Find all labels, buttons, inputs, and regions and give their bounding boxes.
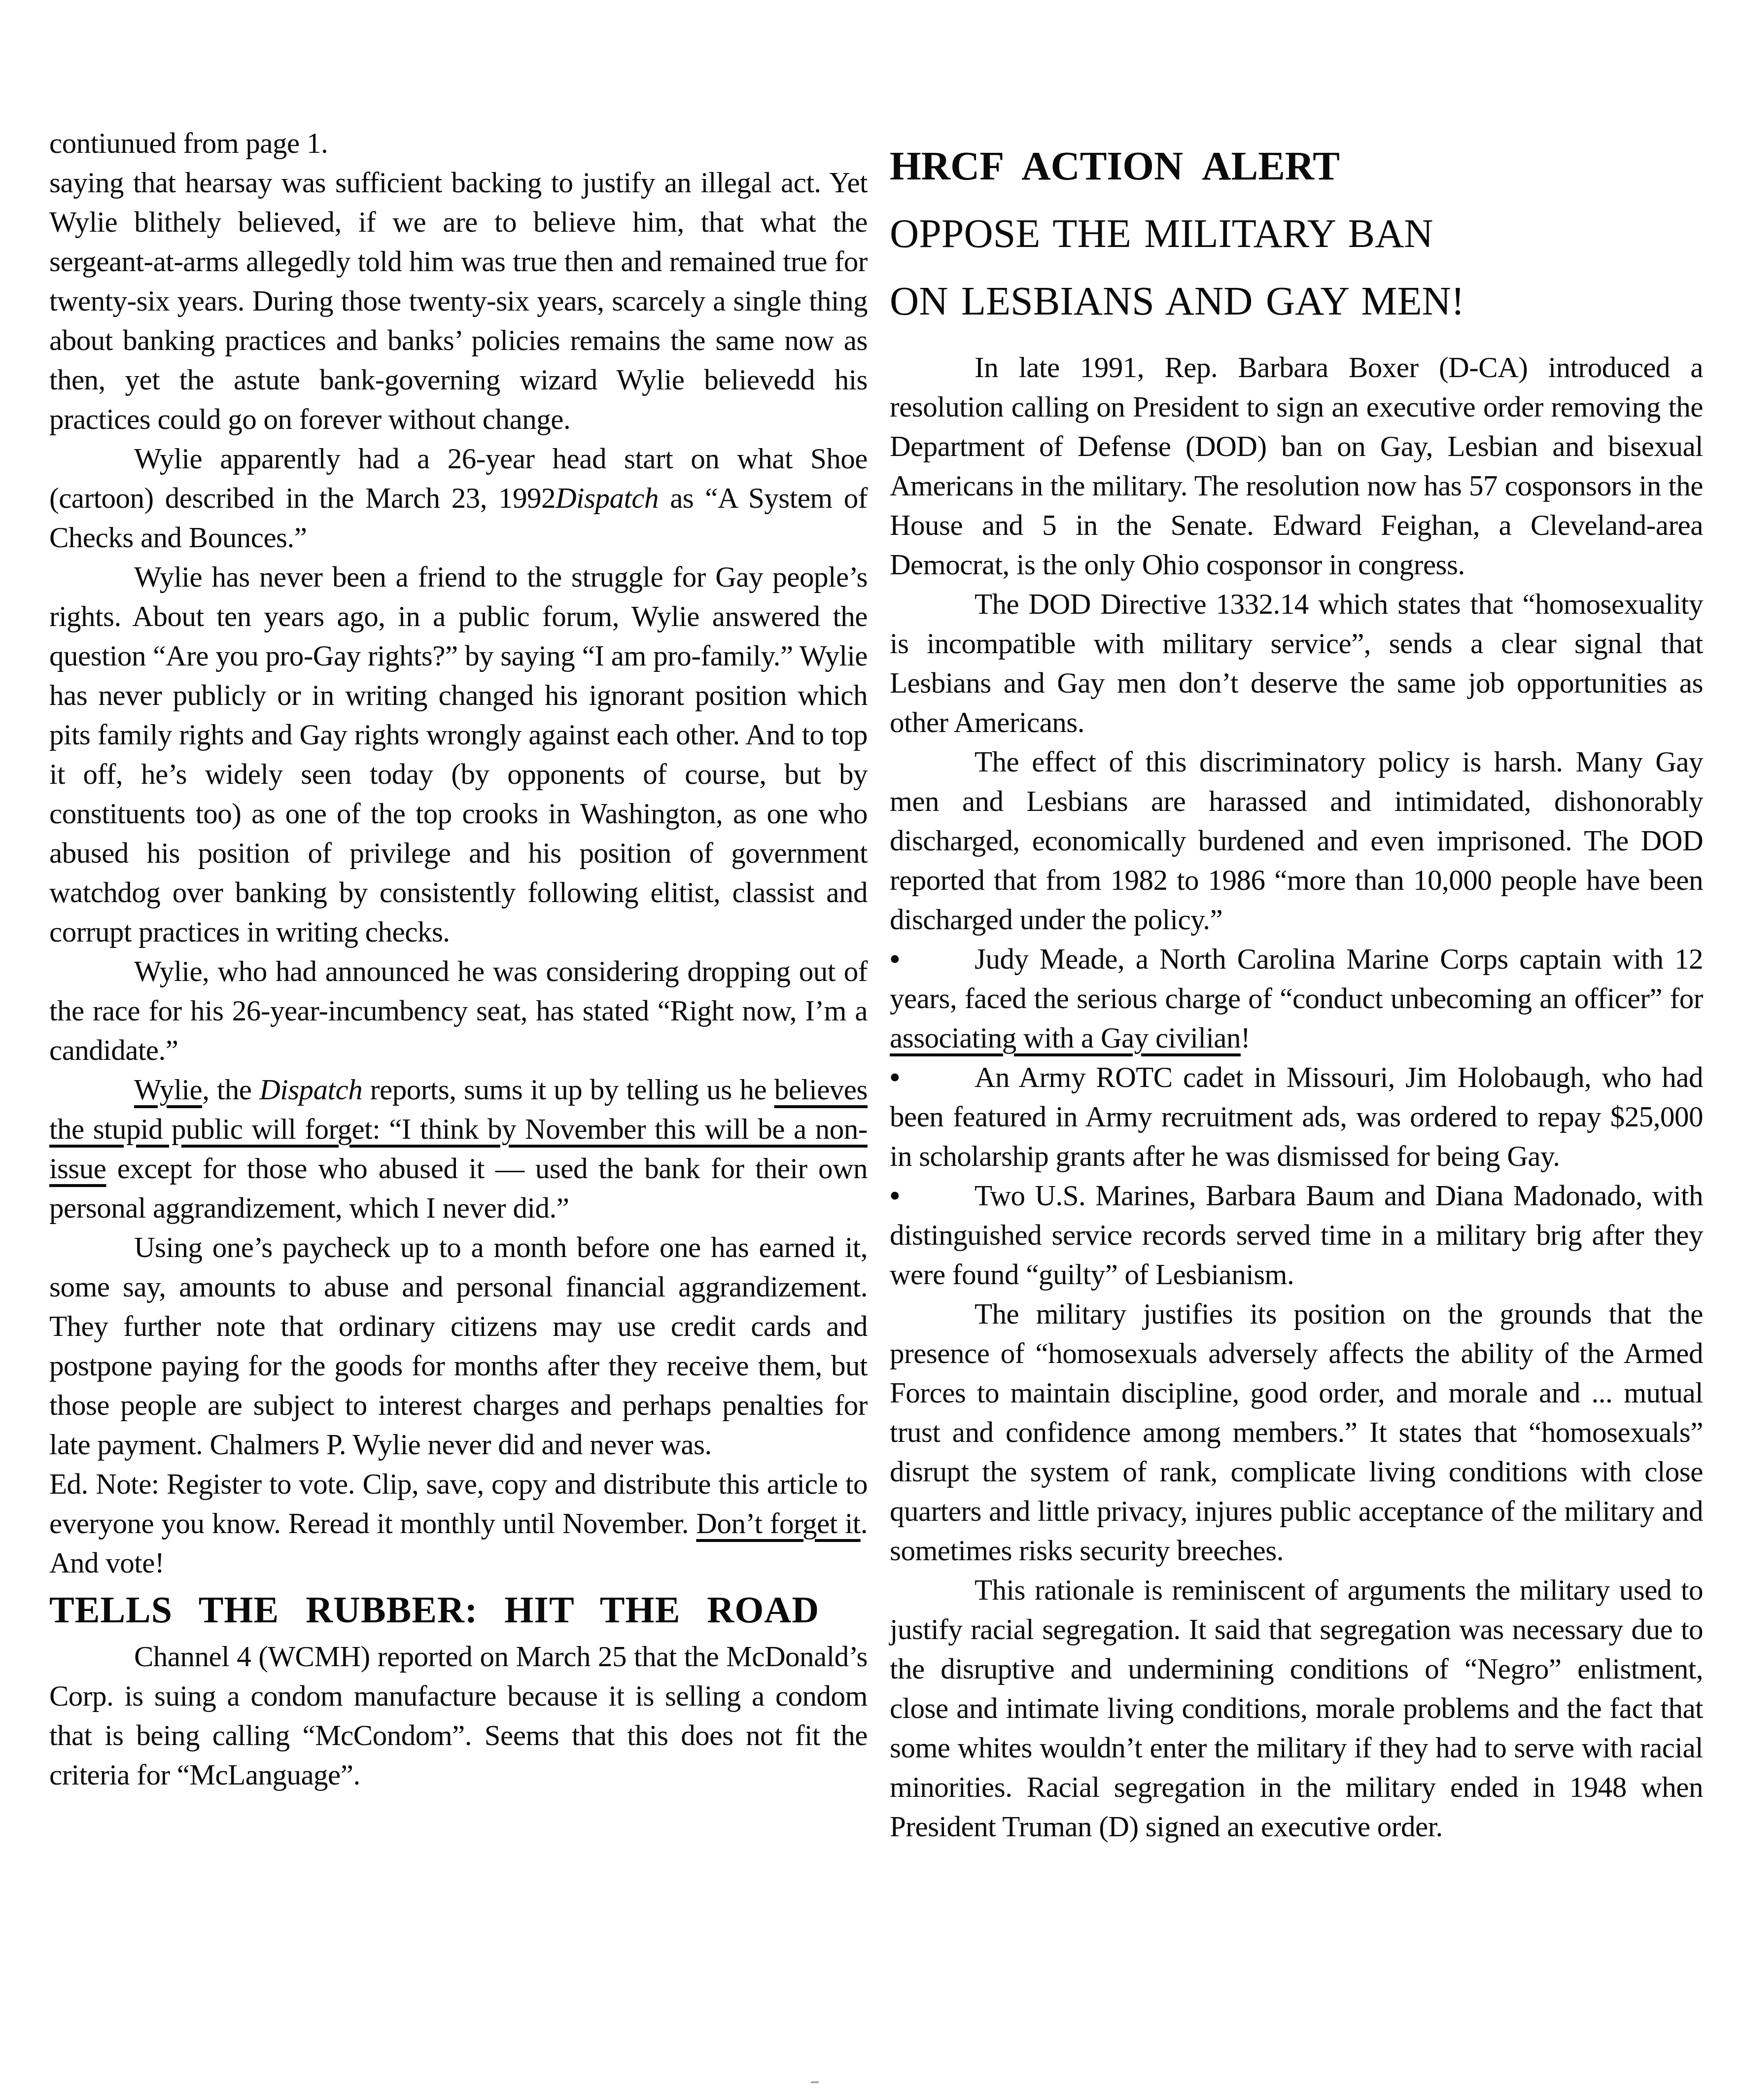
bullet-icon: •: [890, 1057, 900, 1097]
heading-line: TELLS THE RUBBER: HIT THE ROAD: [49, 1586, 868, 1634]
text-run: This rationale is reminiscent of argumen…: [890, 1574, 1703, 1843]
paragraph: Channel 4 (WCMH) reported on March 25 th…: [49, 1637, 868, 1794]
text-run: Two U.S. Marines, Barbara Baum and Diana…: [890, 1179, 1703, 1291]
bullet-icon: •: [890, 939, 900, 979]
paragraph: Wylie, the Dispatch reports, sums it up …: [49, 1070, 868, 1227]
text-run: contiunued from page 1.: [49, 127, 328, 159]
text-run: Wylie has never been a friend to the str…: [49, 560, 868, 948]
heading-line: HRCF ACTION ALERT: [890, 132, 1703, 200]
paragraph: contiunued from page 1.: [49, 123, 868, 163]
text-run: The effect of this discriminatory policy…: [890, 745, 1703, 936]
bullet-item: •An Army ROTC cadet in Missouri, Jim Hol…: [890, 1057, 1703, 1176]
heading-line: OPPOSE THE MILITARY BAN: [890, 200, 1703, 267]
text-run: Channel 4 (WCMH) reported on March 25 th…: [49, 1640, 868, 1791]
text-run: Dispatch: [556, 482, 659, 514]
text-run: associating with a Gay civilian: [890, 1021, 1241, 1054]
left-column: contiunued from page 1.saying that hears…: [49, 0, 868, 1794]
text-run: except for those who abused it — used th…: [49, 1152, 868, 1224]
heading-line: ON LESBIANS AND GAY MEN!: [890, 267, 1703, 335]
paragraph: Wylie has never been a friend to the str…: [49, 557, 868, 951]
text-run: Judy Meade, a North Carolina Marine Corp…: [890, 943, 1703, 1015]
scan-artifact-mark: [811, 2081, 819, 2083]
text-run: In late 1991, Rep. Barbara Boxer (D-CA) …: [890, 351, 1703, 581]
paragraph: This rationale is reminiscent of argumen…: [890, 1570, 1703, 1846]
paragraph: The DOD Directive 1332.14 which states t…: [890, 584, 1703, 742]
paragraph: Ed. Note: Register to vote. Clip, save, …: [49, 1464, 868, 1582]
paragraph: Wylie, who had announced he was consider…: [49, 951, 868, 1070]
text-run: , the: [202, 1073, 259, 1106]
paragraph: Using one’s paycheck up to a month befor…: [49, 1227, 868, 1464]
right-column: HRCF ACTION ALERTOPPOSE THE MILITARY BAN…: [890, 0, 1703, 1846]
bullet-item: •Two U.S. Marines, Barbara Baum and Dian…: [890, 1176, 1703, 1294]
paragraph: The military justifies its position on t…: [890, 1294, 1703, 1570]
text-run: reports, sums it up by telling us he: [362, 1073, 774, 1106]
text-run: The military justifies its position on t…: [890, 1297, 1703, 1567]
text-run: The DOD Directive 1332.14 which states t…: [890, 588, 1703, 738]
text-run: An Army ROTC cadet in Missouri, Jim Holo…: [890, 1061, 1703, 1172]
text-run: Wylie: [134, 1073, 202, 1106]
paragraph: saying that hearsay was sufficient backi…: [49, 163, 868, 439]
section-heading: HRCF ACTION ALERTOPPOSE THE MILITARY BAN…: [890, 132, 1703, 335]
text-run: Using one’s paycheck up to a month befor…: [49, 1231, 868, 1461]
text-run: !: [1241, 1021, 1250, 1054]
paragraph: In late 1991, Rep. Barbara Boxer (D-CA) …: [890, 348, 1703, 584]
bullet-item: •Judy Meade, a North Carolina Marine Cor…: [890, 939, 1703, 1057]
text-run: saying that hearsay was sufficient backi…: [49, 166, 868, 435]
text-run: Dispatch: [259, 1073, 362, 1106]
document-page: { "document": { "left_column": { "blocks…: [0, 0, 1742, 2100]
bullet-icon: •: [890, 1176, 900, 1215]
paragraph: The effect of this discriminatory policy…: [890, 742, 1703, 939]
text-run: Wylie, who had announced he was consider…: [49, 955, 868, 1066]
text-run: Don’t forget it: [696, 1507, 860, 1540]
paragraph: Wylie apparently had a 26-year head star…: [49, 439, 868, 557]
section-heading: TELLS THE RUBBER: HIT THE ROAD: [49, 1586, 868, 1634]
